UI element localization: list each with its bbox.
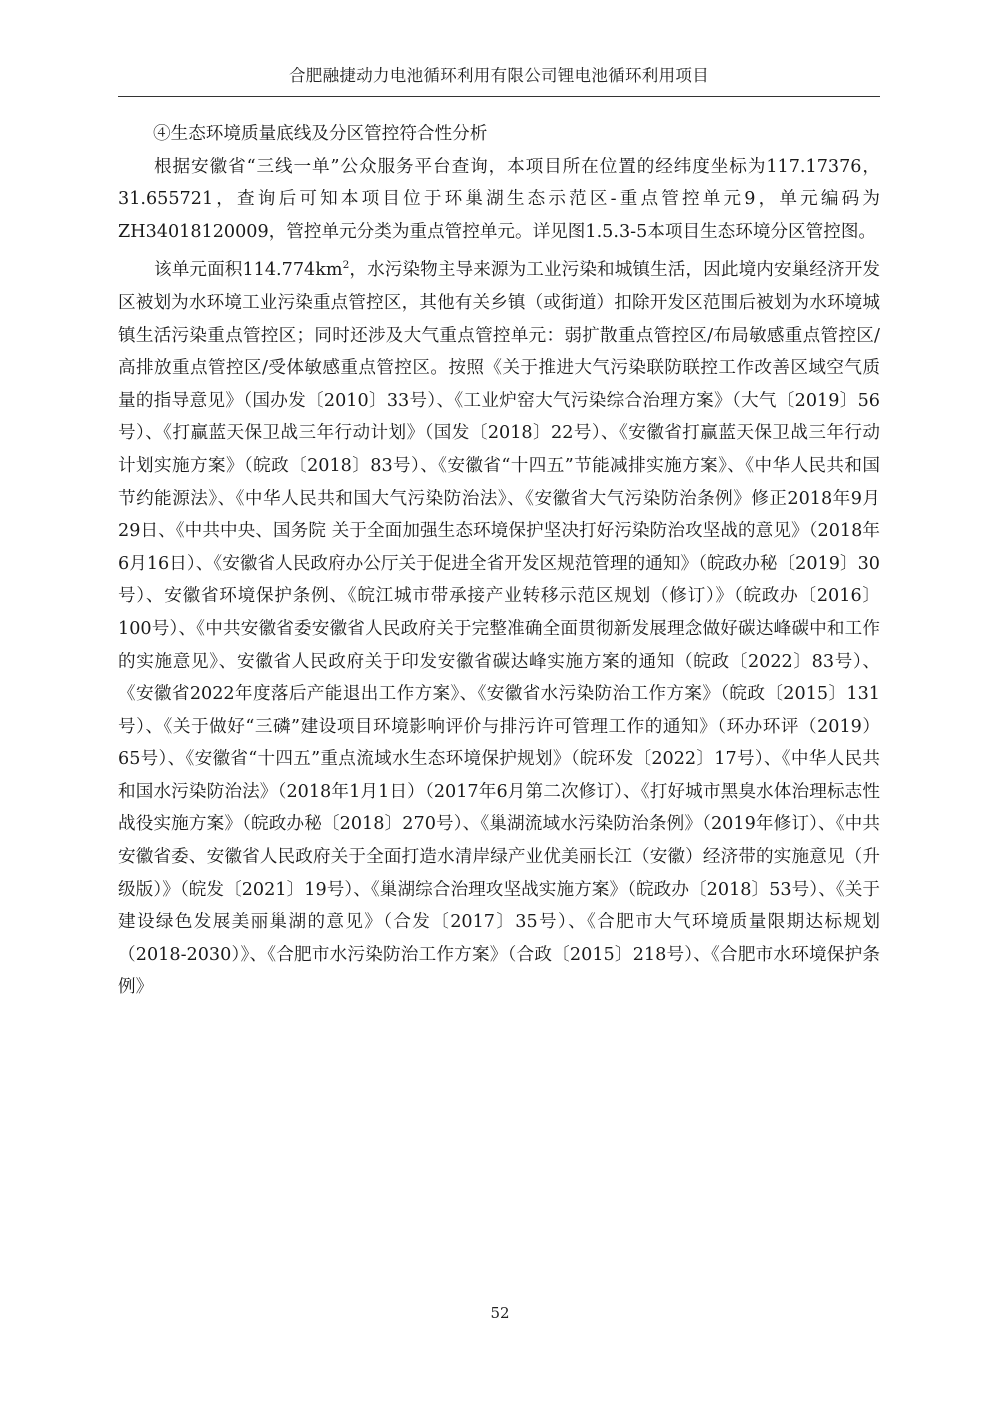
paragraph-regulations: 该单元面积114.774km2，水污染物主导来源为工业污染和城镇生活，因此境内安…	[118, 254, 880, 1004]
paragraph-text-body: ，水污染物主导来源为工业污染和城镇生活，因此境内安巢经济开发区被划为水环境工业污…	[118, 260, 880, 997]
paragraph-text-lead: 该单元面积114.774km	[154, 260, 343, 280]
page-content: ④生态环境质量底线及分区管控符合性分析 根据安徽省“三线一单”公众服务平台查询，…	[118, 118, 880, 1004]
document-page: 合肥融捷动力电池循环利用有限公司锂电池循环利用项目 ④生态环境质量底线及分区管控…	[0, 0, 1000, 1414]
header-rule	[118, 96, 880, 97]
running-header: 合肥融捷动力电池循环利用有限公司锂电池循环利用项目	[118, 62, 880, 86]
page-number: 52	[0, 1304, 1000, 1322]
section-title: ④生态环境质量底线及分区管控符合性分析	[118, 118, 880, 151]
paragraph-location-query: 根据安徽省“三线一单”公众服务平台查询，本项目所在位置的经纬度坐标为117.17…	[118, 151, 880, 249]
